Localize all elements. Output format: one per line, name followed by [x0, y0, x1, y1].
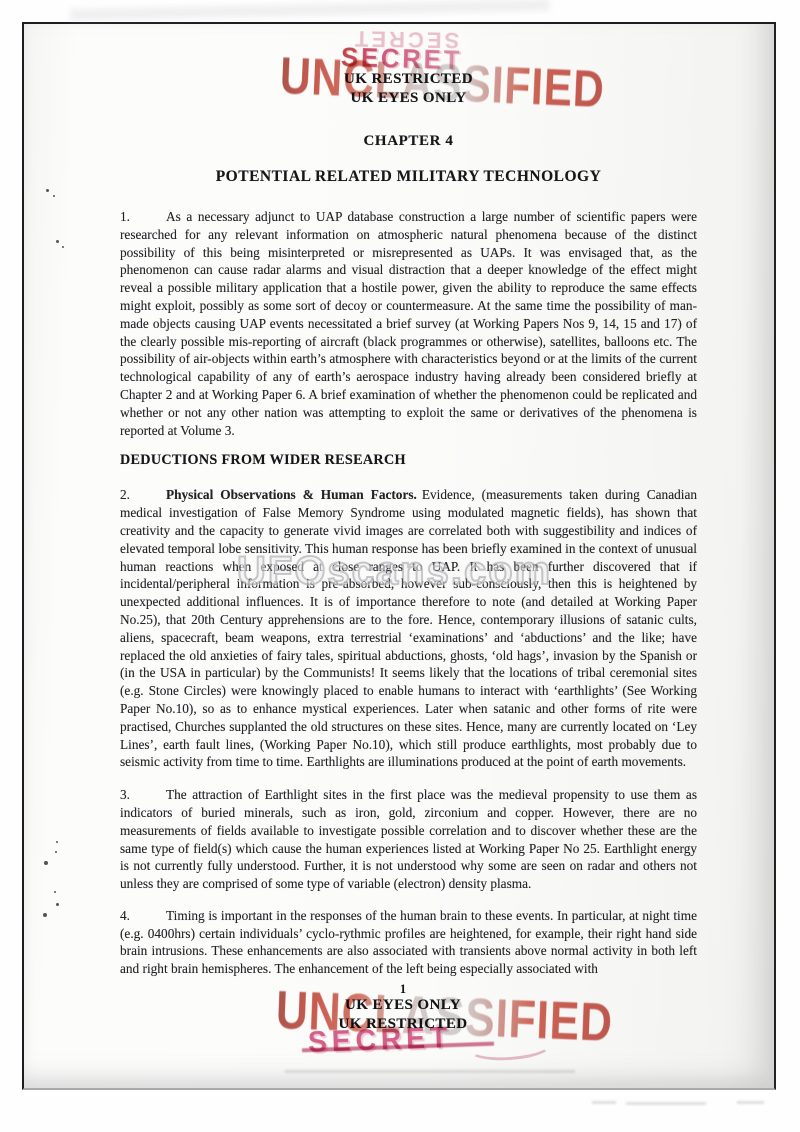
paragraph-3-text: The attraction of Earthlight sites in th… [120, 787, 697, 891]
paragraph-2: 2.Physical Observations & Human Factors.… [120, 486, 697, 771]
ink-speck [54, 891, 56, 893]
ink-speck [43, 913, 47, 917]
paragraph-4: 4.Timing is important in the responses o… [120, 907, 697, 978]
ink-speck [46, 189, 49, 192]
paragraph-2-lead: Physical Observations & Human Factors. [166, 487, 417, 502]
scanned-document-page: UK RESTRICTED UK EYES ONLY CHAPTER 4 POT… [0, 0, 800, 1132]
ink-speck [53, 195, 55, 197]
chapter-heading: CHAPTER 4 [120, 133, 697, 150]
ink-speck [56, 240, 59, 243]
page-title: POTENTIAL RELATED MILITARY TECHNOLOGY [120, 168, 697, 186]
section-heading: DEDUCTIONS FROM WIDER RESEARCH [120, 452, 697, 469]
ink-speck [56, 903, 59, 906]
paragraph-3: 3.The attraction of Earthlight sites in … [120, 786, 697, 893]
paragraph-4-text: Timing is important in the responses of … [120, 908, 697, 976]
paragraph-1: 1.As a necessary adjunct to UAP database… [120, 208, 697, 439]
ink-speck [62, 246, 64, 248]
paragraph-3-number: 3. [120, 786, 166, 804]
ink-speck [55, 851, 57, 853]
paragraph-2-number: 2. [120, 486, 166, 504]
secret-stamp-bottom: SECRET [307, 1023, 452, 1058]
ink-speck [56, 841, 58, 843]
paragraph-4-number: 4. [120, 907, 166, 925]
ink-speck [44, 861, 48, 865]
paragraph-2-text: Evidence, (measurements taken during Can… [120, 487, 697, 769]
secret-stamp-top: SECRET [341, 44, 463, 74]
watermark-text: UFOscans.com [237, 549, 552, 594]
paragraph-1-text: As a necessary adjunct to UAP database c… [120, 209, 697, 438]
paragraph-1-number: 1. [120, 208, 166, 226]
